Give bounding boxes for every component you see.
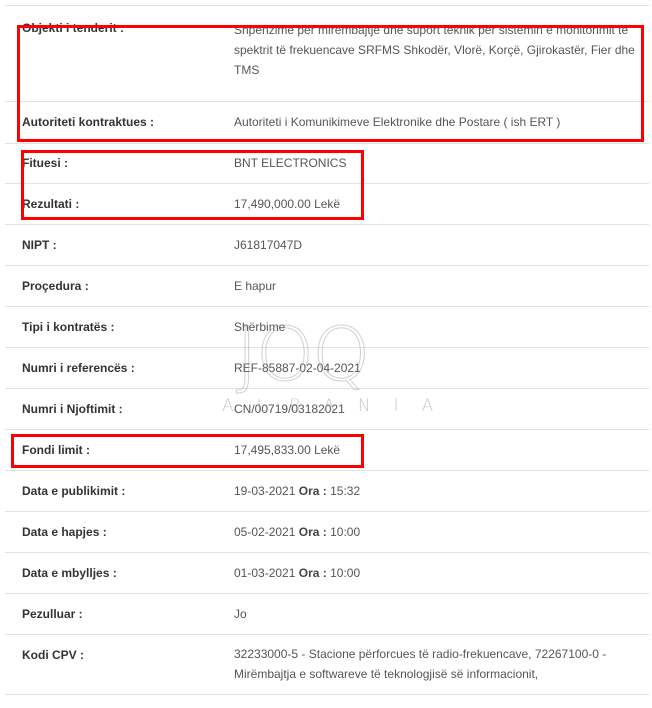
label-cpv: Kodi CPV :	[5, 635, 217, 694]
value-tipi: Shërbime	[217, 307, 649, 347]
row-cpv: Kodi CPV : 32233000-5 - Stacione përforc…	[5, 635, 649, 695]
row-hapja: Data e hapjes : 05-02-2021 Ora : 10:00	[5, 512, 649, 553]
row-fondi: Fondi limit : 17,495,833.00 Lekë	[5, 430, 649, 471]
label-publikimi: Data e publikimit :	[5, 471, 217, 511]
time-label-mbyllja: Ora :	[299, 566, 327, 580]
time-publikimi: 15:32	[330, 484, 360, 498]
row-referenca: Numri i referencës : REF-85887-02-04-202…	[5, 348, 649, 389]
time-label-hapja: Ora :	[299, 525, 327, 539]
date-mbyllja: 01-03-2021	[234, 566, 295, 580]
value-referenca: REF-85887-02-04-2021	[217, 348, 649, 388]
label-referenca: Numri i referencës :	[5, 348, 217, 388]
value-autoriteti: Autoriteti i Komunikimeve Elektronike dh…	[217, 102, 649, 143]
row-objekti: Objekti i tenderit : Shpenzime për mirëm…	[5, 6, 649, 102]
label-pezulluar: Pezulluar :	[5, 594, 217, 634]
value-fondi: 17,495,833.00 Lekë	[217, 430, 649, 470]
date-publikimi: 19-03-2021	[234, 484, 295, 498]
label-procedura: Proçedura :	[5, 266, 217, 306]
value-publikimi: 19-03-2021 Ora : 15:32	[217, 471, 649, 511]
row-mbyllja: Data e mbylljes : 01-03-2021 Ora : 10:00	[5, 553, 649, 594]
row-publikimi: Data e publikimit : 19-03-2021 Ora : 15:…	[5, 471, 649, 512]
value-fituesi: BNT ELECTRONICS	[217, 144, 649, 183]
tender-details-table: Objekti i tenderit : Shpenzime për mirëm…	[5, 5, 649, 695]
label-tipi: Tipi i kontratës :	[5, 307, 217, 347]
row-nipt: NIPT : J61817047D	[5, 225, 649, 266]
value-pezulluar: Jo	[217, 594, 649, 634]
label-njoftimi: Numri i Njoftimit :	[5, 389, 217, 429]
value-rezultati: 17,490,000.00 Lekë	[217, 184, 649, 224]
date-hapja: 05-02-2021	[234, 525, 295, 539]
label-fondi: Fondi limit :	[5, 430, 217, 470]
row-autoriteti: Autoriteti kontraktues : Autoriteti i Ko…	[5, 102, 649, 144]
row-fituesi: Fituesi : BNT ELECTRONICS	[5, 144, 649, 184]
time-mbyllja: 10:00	[330, 566, 360, 580]
row-rezultati: Rezultati : 17,490,000.00 Lekë	[5, 184, 649, 225]
row-pezulluar: Pezulluar : Jo	[5, 594, 649, 635]
value-hapja: 05-02-2021 Ora : 10:00	[217, 512, 649, 552]
value-nipt: J61817047D	[217, 225, 649, 265]
label-autoriteti: Autoriteti kontraktues :	[5, 102, 217, 143]
label-hapja: Data e hapjes :	[5, 512, 217, 552]
value-cpv: 32233000-5 - Stacione përforcues të radi…	[217, 635, 649, 694]
label-nipt: NIPT :	[5, 225, 217, 265]
row-procedura: Proçedura : E hapur	[5, 266, 649, 307]
label-rezultati: Rezultati :	[5, 184, 217, 224]
label-mbyllja: Data e mbylljes :	[5, 553, 217, 593]
row-tipi: Tipi i kontratës : Shërbime	[5, 307, 649, 348]
value-njoftimi: CN/00719/03182021	[217, 389, 649, 429]
label-objekti: Objekti i tenderit :	[5, 20, 217, 101]
time-label-publikimi: Ora :	[299, 484, 327, 498]
time-hapja: 10:00	[330, 525, 360, 539]
row-njoftimi: Numri i Njoftimit : CN/00719/03182021	[5, 389, 649, 430]
value-procedura: E hapur	[217, 266, 649, 306]
label-fituesi: Fituesi :	[5, 144, 217, 183]
value-mbyllja: 01-03-2021 Ora : 10:00	[217, 553, 649, 593]
value-objekti: Shpenzime për mirëmbajtje dhe suport tek…	[217, 20, 649, 101]
